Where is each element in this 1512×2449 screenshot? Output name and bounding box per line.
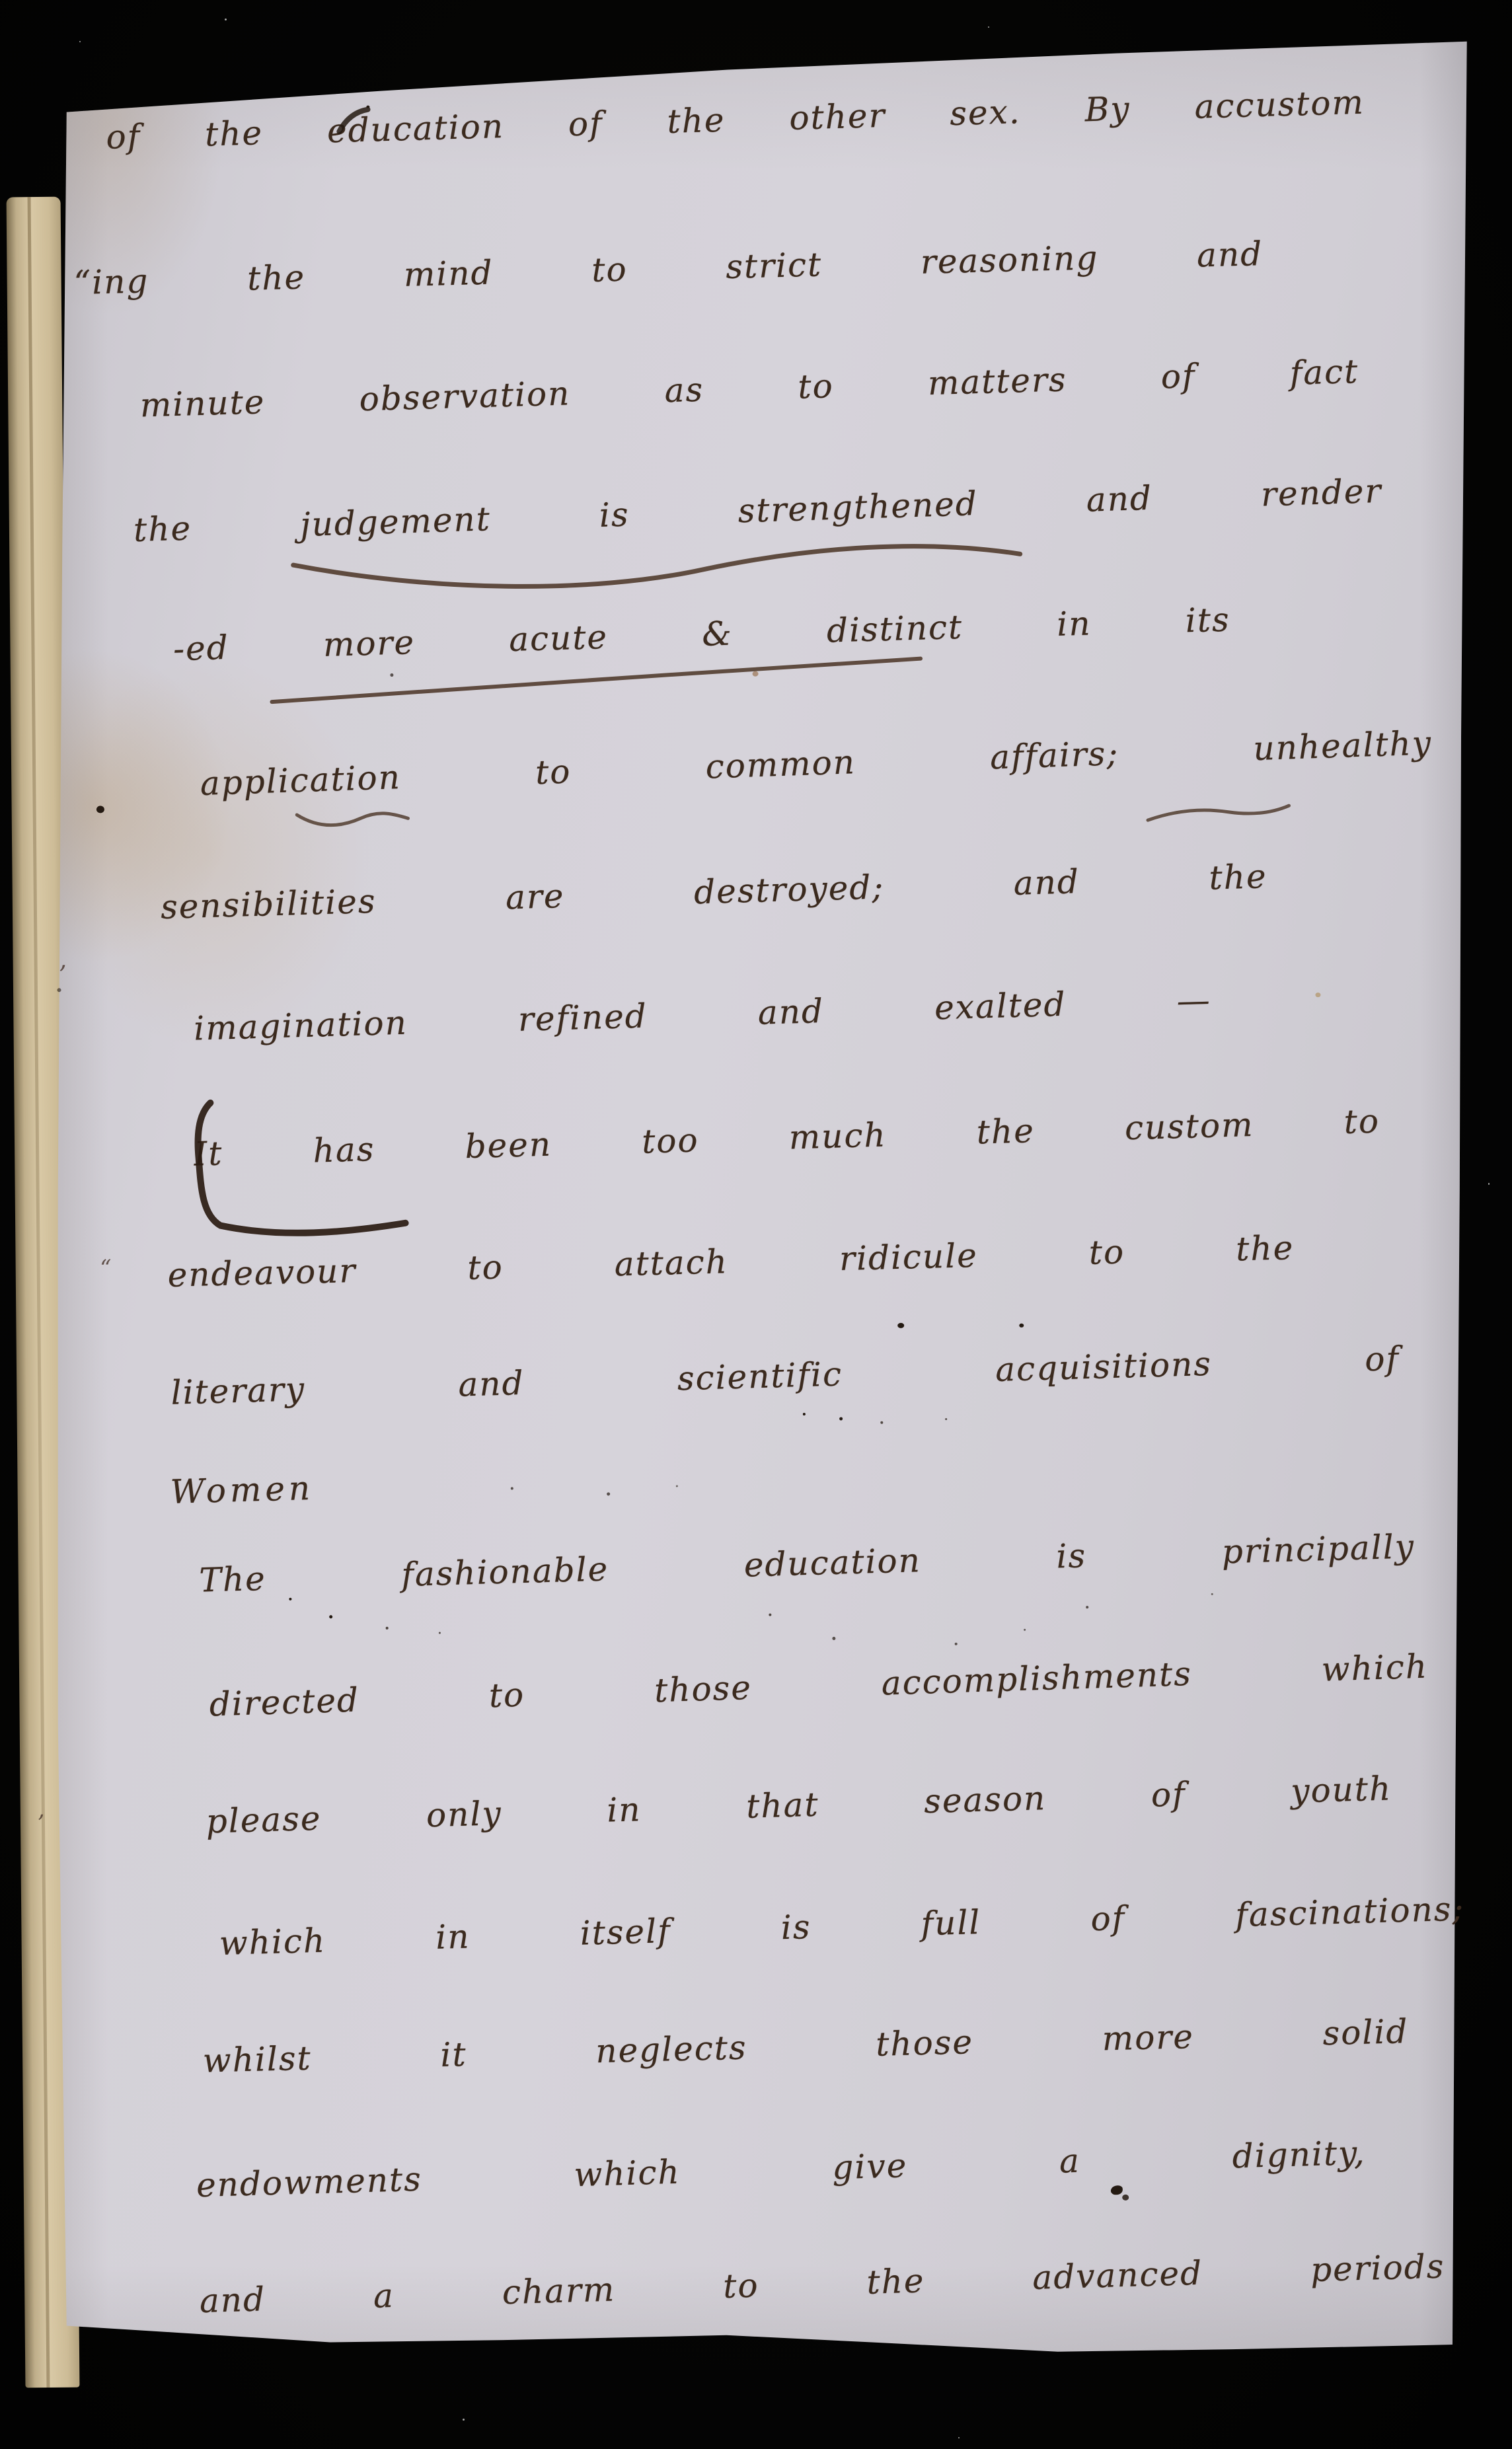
affairs-underline-stroke <box>1148 806 1289 820</box>
ink-speck <box>769 1614 771 1616</box>
manuscript-line: -ed more acute & distinct in its <box>172 602 1230 668</box>
manuscript-line: and a charm to the advanced periods <box>199 2248 1445 2319</box>
manuscript-line: directed to those accomplishments which <box>209 1649 1429 1723</box>
manuscript-line: the judgement is strengthened and render <box>133 473 1382 548</box>
manuscript-line: please only in that season of youth <box>206 1770 1392 1840</box>
margin-tick-mark: “ <box>100 1255 112 1281</box>
manuscript-line: endeavour to attach ridicule to the <box>167 1230 1295 1294</box>
ink-speck <box>366 106 369 108</box>
manuscript-line: of the education of the other sex. By ac… <box>106 85 1365 156</box>
margin-tick-mark: ’ <box>58 960 67 989</box>
ink-speck <box>945 1418 947 1420</box>
manuscript-line: Women <box>170 1465 501 1511</box>
manuscript-line: whilst it neglects those more solid <box>202 2014 1409 2080</box>
ink-speck <box>955 1643 958 1645</box>
manuscript-line: endowments which give a dignity, <box>196 2135 1366 2204</box>
manuscript-line: which in itself is full of fascinations; <box>219 1891 1465 1962</box>
ink-speck <box>329 1615 332 1618</box>
manuscript-line: The fashionable education is principally <box>199 1528 1416 1599</box>
acute-underline-stroke <box>271 659 921 702</box>
application-underline-stroke <box>297 811 408 826</box>
ink-speck <box>676 1485 678 1487</box>
ink-speck <box>897 1323 904 1328</box>
ink-speck <box>1024 1629 1026 1631</box>
ink-speck <box>1019 1324 1024 1328</box>
scan-background: of the education of the other sex. By ac… <box>0 0 1512 2449</box>
margin-tick-mark: ’ <box>37 1810 45 1836</box>
manuscript-line: sensibilities are destroyed; and the <box>160 858 1267 926</box>
ink-speck <box>289 1598 291 1601</box>
ink-speck <box>839 1417 843 1420</box>
ink-speck <box>439 1632 441 1634</box>
ink-speck <box>752 671 758 677</box>
judgement-underline-stroke <box>293 543 1021 593</box>
ink-speck <box>511 1487 513 1489</box>
manuscript-line: “ing the mind to strict reasoning and <box>73 236 1264 301</box>
dust-speck <box>958 2437 960 2438</box>
ink-speck <box>96 806 104 813</box>
ink-speck <box>880 1421 883 1424</box>
ink-speck <box>832 1637 835 1640</box>
ink-speck <box>386 1627 389 1630</box>
ink-speck <box>607 1492 610 1495</box>
manuscript-line: application to common affairs; unhealthy <box>200 725 1433 802</box>
manuscript-line: imagination refined and exalted — <box>193 983 1211 1047</box>
ink-speck <box>803 1413 806 1415</box>
manuscript-line: It has been too much the custom to <box>194 1104 1380 1173</box>
ink-blot <box>1111 2185 1123 2195</box>
manuscript-line: literary and scientific acquisitions of <box>170 1341 1400 1412</box>
ink-speck <box>390 673 393 677</box>
ink-speck <box>1211 1593 1213 1595</box>
ink-speck <box>57 988 61 992</box>
manuscript-line: minute observation as to matters of fact <box>139 354 1359 424</box>
ink-blot <box>1122 2195 1129 2201</box>
handwriting-layer: of the education of the other sex. By ac… <box>0 0 1512 2449</box>
ink-speck <box>1086 1606 1088 1608</box>
ink-speck <box>1315 993 1320 997</box>
